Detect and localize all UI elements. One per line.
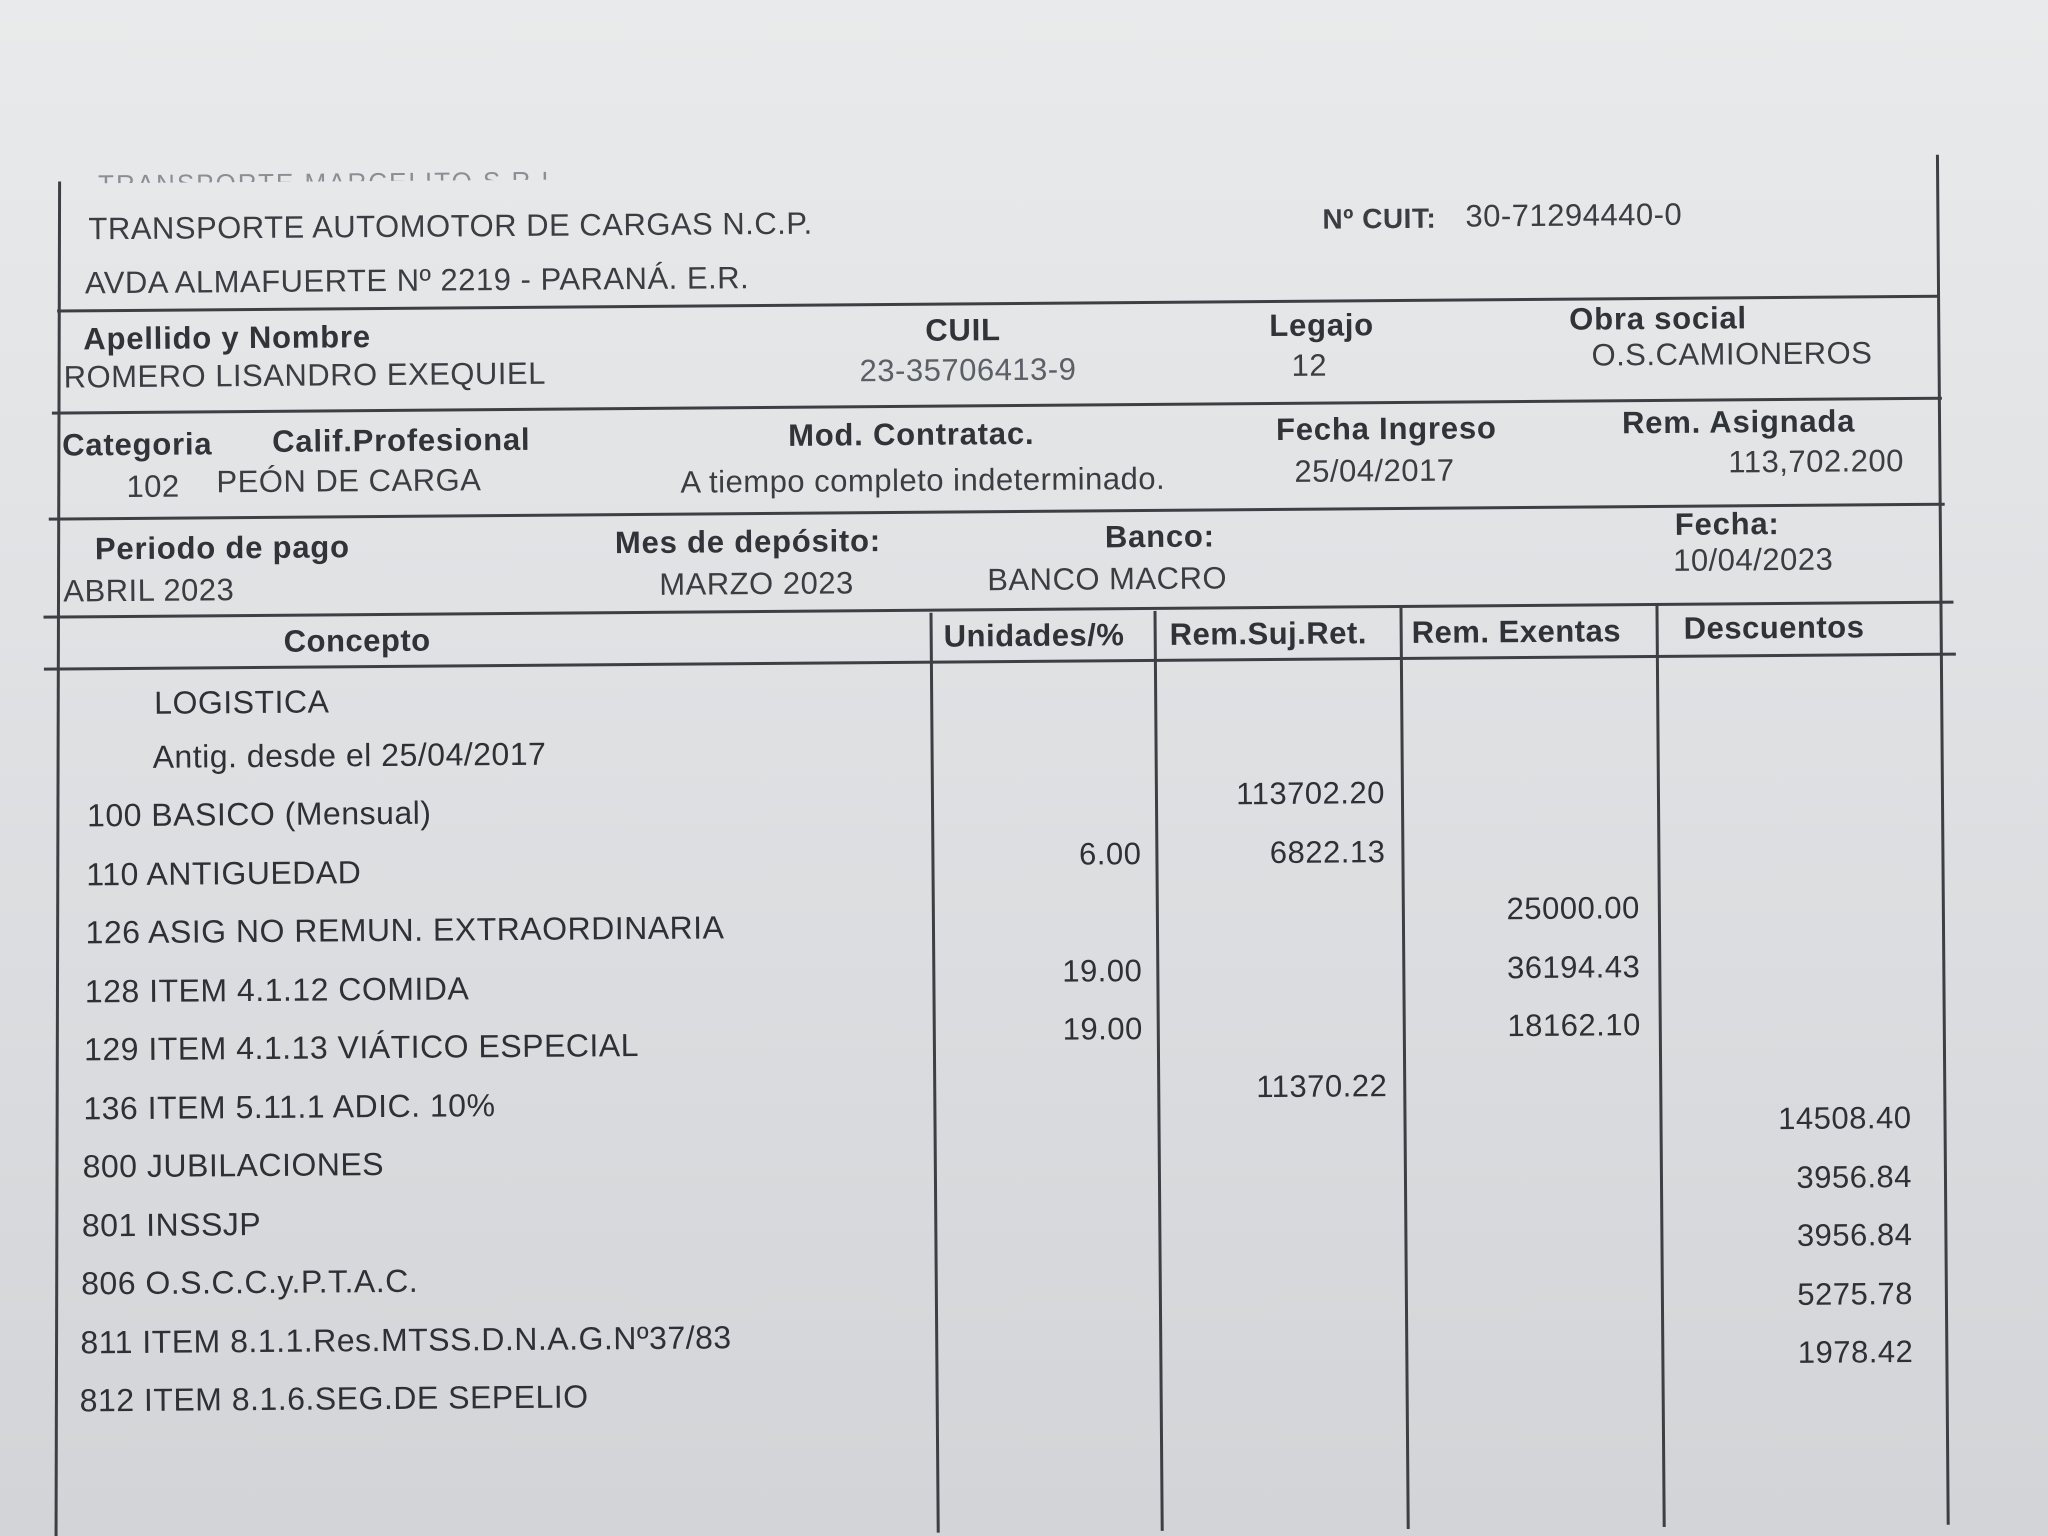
table-row-concepto: 129 ITEM 4.1.13 VIÁTICO ESPECIAL — [84, 1027, 639, 1068]
categoria-value: 102 — [126, 469, 180, 505]
fecha-label: Fecha: — [1675, 506, 1780, 543]
table-row-concepto: 110 ANTIGUEDAD — [86, 854, 361, 893]
rem-asignada-value: 113,702.200 — [1728, 443, 1904, 480]
table-cell-desc — [1700, 947, 1910, 949]
col-concepto: Concepto — [284, 623, 431, 660]
table-cell-desc: 14508.40 — [1701, 1100, 1911, 1138]
categoria-label: Categoria — [62, 426, 212, 463]
company-cuit-label: Nº CUIT: — [1322, 203, 1436, 236]
col-descuentos: Descuentos — [1684, 609, 1865, 646]
table-cell-desc — [1701, 1005, 1911, 1007]
table-cell-rem-ex — [1432, 1183, 1642, 1185]
employee-name: ROMERO LISANDRO EXEQUIEL — [63, 356, 546, 396]
company-address: AVDA ALMAFUERTE Nº 2219 - PARANÁ. E.R. — [85, 260, 750, 301]
table-cell-rem-ex: 36194.43 — [1430, 949, 1640, 987]
periodo-value: ABRIL 2023 — [63, 572, 234, 609]
col-sep-2 — [1153, 611, 1163, 1531]
mes-deposito-value: MARZO 2023 — [659, 565, 854, 603]
table-row-concepto: 800 JUBILACIONES — [82, 1146, 384, 1185]
legajo-label: Legajo — [1269, 307, 1374, 344]
table-cell-desc: 3956.84 — [1702, 1217, 1912, 1255]
table-row-concepto: 806 O.S.C.C.y.P.T.A.C. — [81, 1263, 418, 1303]
table-cell-rem-ex: 25000.00 — [1430, 890, 1640, 928]
table-cell-rem-ex — [1429, 832, 1639, 834]
table-cell-rem-ex — [1433, 1358, 1643, 1360]
obra-social-value: O.S.CAMIONEROS — [1591, 335, 1872, 373]
table-cell-desc: 1978.42 — [1703, 1334, 1913, 1372]
table-cell-rem-ex: 18162.10 — [1431, 1007, 1641, 1045]
divider-3 — [49, 503, 1945, 521]
calif-value: PEÓN DE CARGA — [216, 462, 481, 500]
company-cuit: 30-71294440-0 — [1465, 197, 1682, 235]
col-unidades: Unidades/% — [944, 617, 1125, 654]
table-row-concepto: 136 ITEM 5.11.1 ADIC. 10% — [83, 1087, 495, 1127]
table-cell-unidades — [933, 1070, 1143, 1072]
section-logistica: LOGISTICA — [154, 683, 329, 721]
divider-4 — [44, 601, 1954, 619]
table-cell-unidades — [934, 1128, 1144, 1130]
table-cell-desc: 3956.84 — [1702, 1159, 1912, 1197]
table-cell-unidades — [934, 1245, 1144, 1247]
col-sep-1 — [930, 613, 940, 1533]
table-cell-unidades: 19.00 — [933, 1011, 1143, 1049]
table-row-concepto: 812 ITEM 8.1.6.SEG.DE SEPELIO — [80, 1378, 589, 1419]
col-rem-exentas: Rem. Exentas — [1412, 613, 1622, 651]
mod-contratac-label: Mod. Contratac. — [788, 416, 1035, 454]
col-sep-4 — [1655, 603, 1665, 1527]
table-cell-rem-suj — [1176, 892, 1386, 894]
frame-right-line — [1936, 155, 1950, 1525]
table-cell-rem-ex — [1433, 1300, 1643, 1302]
table-cell-rem-suj — [1178, 1243, 1388, 1245]
payslip-document: TRANSPORTE MARCELITO S.R.L. TRANSPORTE A… — [0, 154, 2048, 1536]
table-cell-rem-ex — [1429, 773, 1639, 775]
banco-value: BANCO MACRO — [987, 560, 1227, 598]
calif-label: Calif.Profesional — [272, 422, 530, 460]
table-cell-desc — [1699, 830, 1909, 832]
table-cell-unidades — [931, 777, 1141, 779]
table-cell-rem-suj: 11370.22 — [1177, 1068, 1387, 1106]
table-row-concepto: 100 BASICO (Mensual) — [87, 795, 432, 835]
table-cell-unidades — [932, 894, 1142, 896]
col-sep-3 — [1399, 607, 1409, 1529]
table-cell-rem-ex — [1431, 1066, 1641, 1068]
table-cell-unidades — [934, 1187, 1144, 1189]
table-row-concepto: 126 ASIG NO REMUN. EXTRAORDINARIA — [85, 909, 724, 951]
cuil-value: 23-35706413-9 — [859, 352, 1076, 390]
legajo-value: 12 — [1291, 348, 1327, 384]
table-cell-desc: 5275.78 — [1703, 1276, 1913, 1314]
antiguedad-desde: Antig. desde el 25/04/2017 — [152, 736, 546, 776]
table-cell-rem-suj — [1176, 951, 1386, 953]
table-cell-rem-ex — [1432, 1241, 1642, 1243]
table-cell-desc — [1699, 771, 1909, 773]
name-label: Apellido y Nombre — [83, 319, 371, 357]
table-cell-unidades — [935, 1362, 1145, 1364]
mes-deposito-label: Mes de depósito: — [615, 523, 881, 561]
table-cell-rem-suj: 113702.20 — [1175, 775, 1385, 813]
obra-social-label: Obra social — [1569, 300, 1747, 337]
table-cell-rem-suj: 6822.13 — [1175, 834, 1385, 872]
fecha-ingreso-value: 25/04/2017 — [1294, 453, 1454, 490]
table-cell-rem-suj — [1178, 1126, 1388, 1128]
table-cell-rem-suj — [1178, 1185, 1388, 1187]
table-cell-rem-suj — [1179, 1302, 1389, 1304]
table-cell-rem-ex — [1432, 1124, 1642, 1126]
banco-label: Banco: — [1105, 518, 1215, 555]
table-row-concepto: 128 ITEM 4.1.12 COMIDA — [85, 970, 470, 1010]
company-activity: TRANSPORTE AUTOMOTOR DE CARGAS N.C.P. — [88, 206, 812, 248]
company-name-cut: TRANSPORTE MARCELITO S.R.L. — [98, 166, 567, 184]
table-row-concepto: 811 ITEM 8.1.1.Res.MTSS.D.N.A.G.Nº37/83 — [80, 1319, 732, 1361]
mod-contratac-value: A tiempo completo indeterminado. — [680, 461, 1165, 501]
cuil-label: CUIL — [925, 312, 1001, 349]
fecha-ingreso-label: Fecha Ingreso — [1276, 410, 1497, 448]
table-cell-rem-suj — [1179, 1360, 1389, 1362]
col-rem-suj-ret: Rem.Suj.Ret. — [1170, 615, 1367, 653]
table-cell-unidades: 19.00 — [932, 953, 1142, 991]
table-cell-rem-suj — [1177, 1009, 1387, 1011]
table-cell-unidades: 6.00 — [931, 836, 1141, 874]
periodo-label: Periodo de pago — [95, 529, 350, 567]
table-cell-unidades — [935, 1304, 1145, 1306]
table-cell-desc — [1700, 888, 1910, 890]
fecha-value: 10/04/2023 — [1673, 542, 1833, 579]
table-row-concepto: 801 INSSJP — [82, 1205, 262, 1243]
rem-asignada-label: Rem. Asignada — [1622, 403, 1855, 441]
frame-left-line — [55, 182, 62, 1536]
table-cell-desc — [1701, 1064, 1911, 1066]
